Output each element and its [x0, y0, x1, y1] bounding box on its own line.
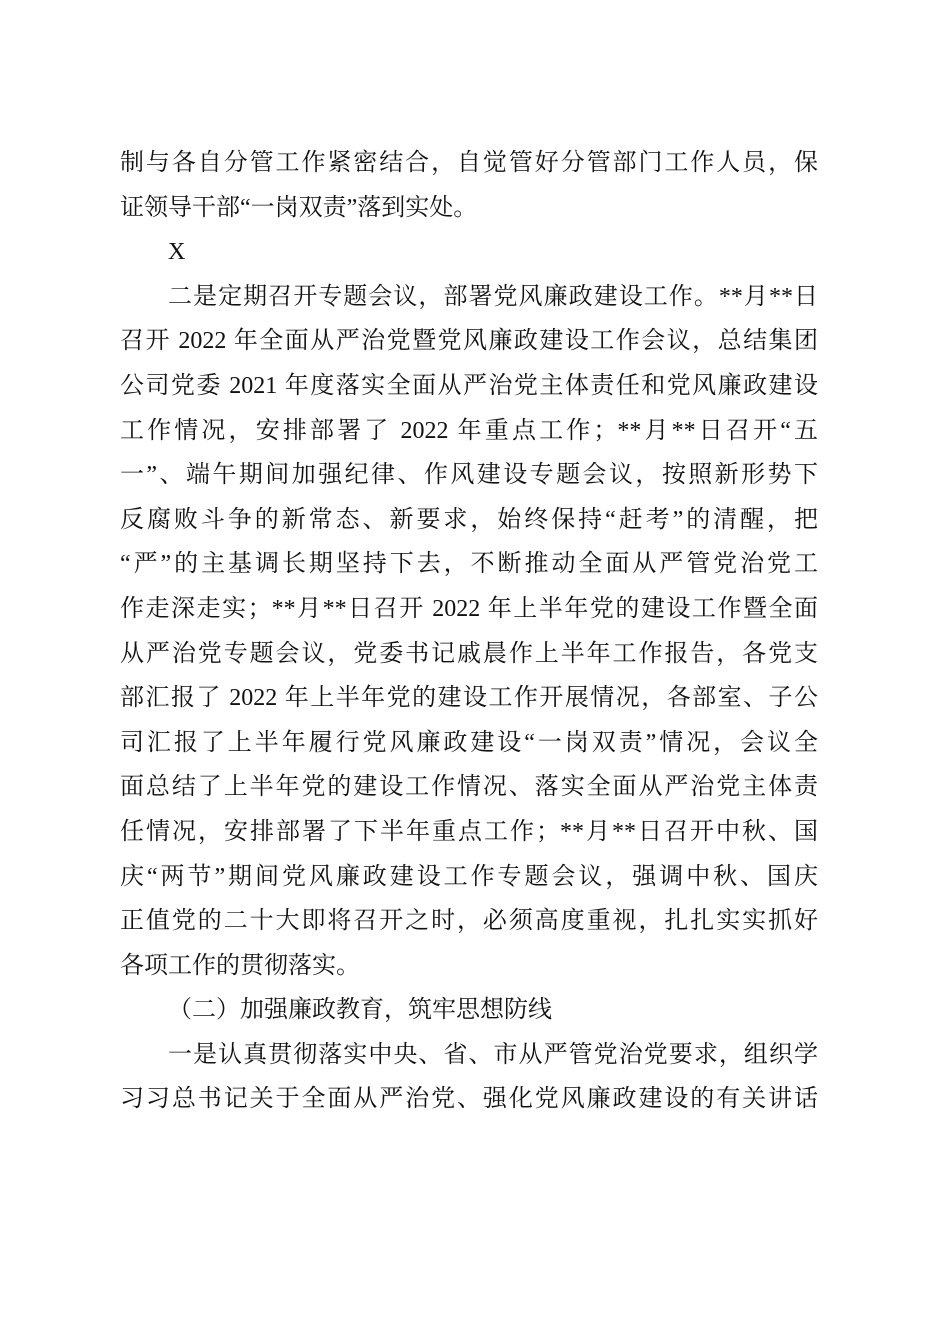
document-line: 作走深走实；**月**日召开 2022 年上半年党的建设工作暨全面: [120, 587, 818, 632]
document-line: 一是认真贯彻落实中央、省、市从严管党治党要求，组织学: [120, 1033, 818, 1078]
document-line: 司汇报了上半年履行党风廉政建设“一岗双责”情况，会议全: [120, 721, 818, 766]
document-line: 反腐败斗争的新常态、新要求，始终保持“赶考”的清醒，把: [120, 498, 818, 543]
document-line: 部汇报了 2022 年上半年党的建设工作开展情况，各部室、子公: [120, 676, 818, 721]
document-line: 从严治党专题会议，党委书记戚晨作上半年工作报告，各党支: [120, 632, 818, 677]
document-line: 庆“两节”期间党风廉政建设工作专题会议，强调中秋、国庆: [120, 855, 818, 900]
document-line: 工作情况，安排部署了 2022 年重点工作；**月**日召开“五: [120, 409, 818, 454]
document-line: 二是定期召开专题会议，部署党风廉政建设工作。**月**日: [120, 275, 818, 320]
document-line: 正值党的二十大即将召开之时，必须高度重视，扎扎实实抓好: [120, 899, 818, 944]
document-page: 制与各自分管工作紧密结合，自觉管好分管部门工作人员，保证领导干部“一岗双责”落到…: [0, 0, 950, 1344]
document-line: 证领导干部“一岗双责”落到实处。: [120, 186, 818, 231]
document-line: 面总结了上半年党的建设工作情况、落实全面从严治党主体责: [120, 765, 818, 810]
document-line: X: [120, 230, 818, 275]
document-line: “严”的主基调长期坚持下去，不断推动全面从严管党治党工: [120, 542, 818, 587]
document-line: 任情况，安排部署了下半年重点工作；**月**日召开中秋、国: [120, 810, 818, 855]
document-body: 制与各自分管工作紧密结合，自觉管好分管部门工作人员，保证领导干部“一岗双责”落到…: [120, 141, 818, 1122]
document-line: （二）加强廉政教育，筑牢思想防线: [120, 988, 818, 1033]
document-line: 一”、端午期间加强纪律、作风建设专题会议，按照新形势下: [120, 453, 818, 498]
document-line: 公司党委 2021 年度落实全面从严治党主体责任和党风廉政建设: [120, 364, 818, 409]
document-line: 召开 2022 年全面从严治党暨党风廉政建设工作会议，总结集团: [120, 319, 818, 364]
document-line: 各项工作的贯彻落实。: [120, 944, 818, 989]
document-line: 习习总书记关于全面从严治党、强化党风廉政建设的有关讲话: [120, 1077, 818, 1122]
document-line: 制与各自分管工作紧密结合，自觉管好分管部门工作人员，保: [120, 141, 818, 186]
